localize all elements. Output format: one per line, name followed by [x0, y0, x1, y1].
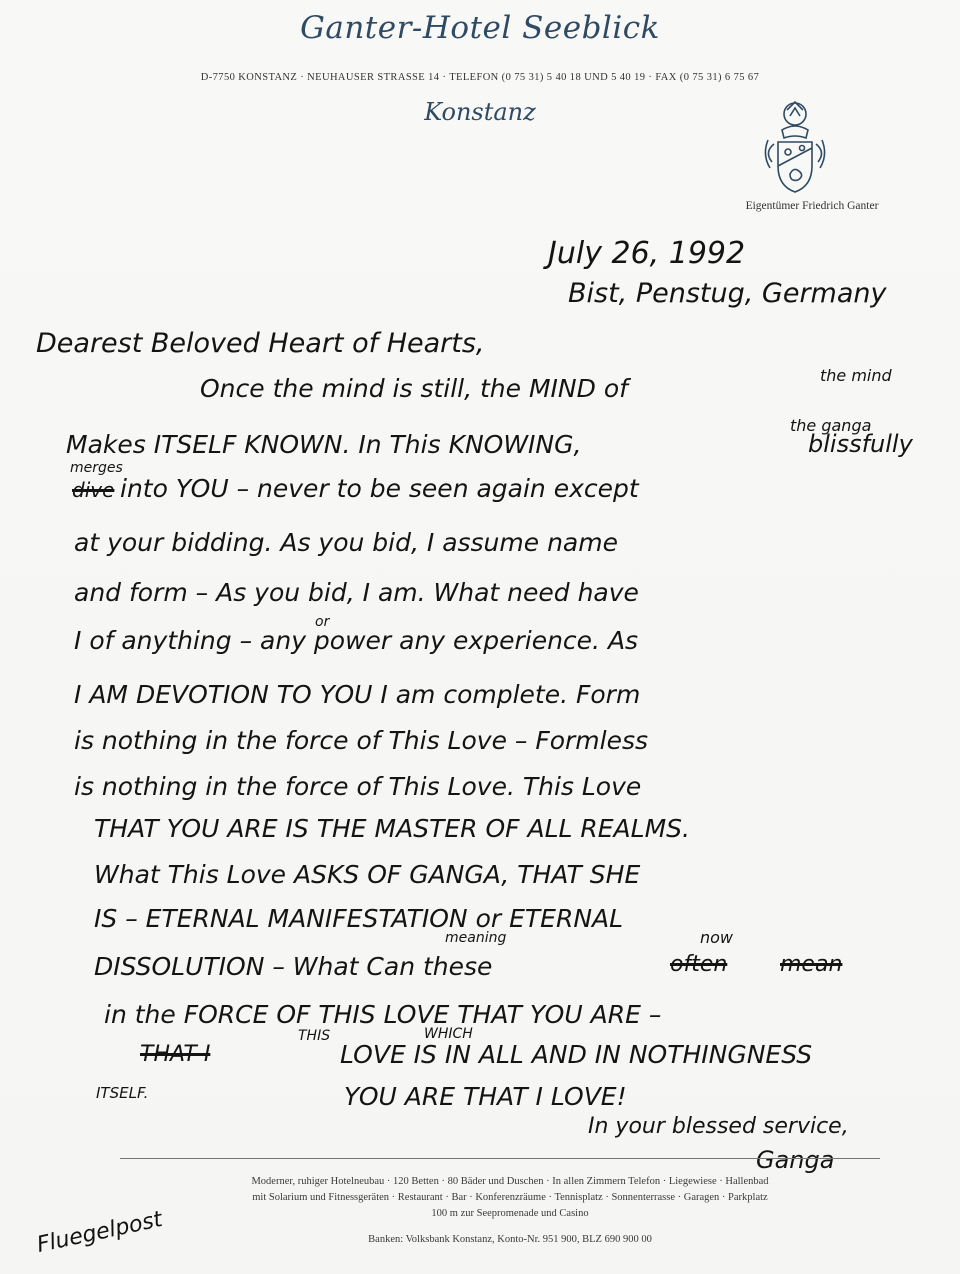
body-line-8: is nothing in the force of This Love – F…: [74, 726, 648, 755]
insert-merges: merges: [70, 460, 123, 476]
letter-place: Bist, Penstug, Germany: [568, 278, 887, 309]
footer-line-1: Moderner, ruhiger Hotelneubau · 120 Bett…: [120, 1176, 900, 1187]
coat-of-arms-icon: [760, 100, 830, 195]
body-line-1: Once the mind is still, the MIND of: [200, 374, 628, 403]
insert-meaning: meaning: [445, 930, 506, 946]
insert-now: now: [700, 928, 733, 947]
struck-often: often: [670, 952, 727, 977]
body-line-10: THAT YOU ARE IS THE MASTER OF ALL REALMS…: [94, 814, 690, 843]
owner-line: Eigentümer Friedrich Ganter: [712, 200, 912, 212]
letter-page: Ganter-Hotel Seeblick D-7750 KONSTANZ · …: [0, 0, 960, 1274]
body-line-11: What This Love ASKS OF GANGA, THAT SHE: [94, 860, 640, 889]
body-line-17: YOU ARE THAT I LOVE!: [344, 1082, 627, 1111]
greeting: Dearest Beloved Heart of Hearts,: [36, 328, 485, 359]
body-line-9: is nothing in the force of This Love. Th…: [74, 772, 641, 801]
footer-line-2: mit Solarium und Fitnessgeräten · Restau…: [120, 1192, 900, 1203]
body-line-13: DISSOLUTION – What Can these: [94, 952, 492, 981]
insert-the-mind: the mind: [820, 366, 892, 385]
signature: Ganga: [756, 1146, 834, 1174]
struck-that-i: THAT I: [140, 1042, 210, 1067]
closing: In your blessed service,: [588, 1114, 849, 1139]
insert-this: THIS: [298, 1028, 330, 1044]
body-line-12: IS – ETERNAL MANIFESTATION or ETERNAL: [94, 904, 623, 933]
body-line-6: I of anything – any power any experience…: [74, 626, 638, 655]
insert-blissfully: blissfully: [808, 430, 913, 458]
body-line-3: into YOU – never to be seen again except: [120, 474, 639, 503]
airmail-annotation: Fluegelpost: [35, 1207, 165, 1258]
struck-dive: dive: [72, 478, 114, 502]
struck-mean: mean: [780, 952, 842, 977]
body-line-5: and form – As you bid, I am. What need h…: [74, 578, 639, 607]
footer-divider: [120, 1158, 880, 1159]
footer-line-3: 100 m zur Seepromenade und Casino: [120, 1208, 900, 1219]
body-line-4: at your bidding. As you bid, I assume na…: [74, 528, 618, 557]
hotel-name: Ganter-Hotel Seeblick: [0, 10, 960, 46]
body-line-2: Makes ITSELF KNOWN. In This KNOWING,: [66, 430, 581, 459]
body-line-15: LOVE IS IN ALL AND IN NOTHINGNESS: [340, 1040, 812, 1069]
body-line-14: in the FORCE OF THIS LOVE THAT YOU ARE –: [104, 1000, 661, 1029]
body-line-16: ITSELF.: [96, 1084, 148, 1102]
letter-date: July 26, 1992: [548, 236, 745, 271]
body-line-7: I AM DEVOTION TO YOU I am complete. Form: [74, 680, 640, 709]
hotel-address: D-7750 KONSTANZ · NEUHAUSER STRASSE 14 ·…: [0, 72, 960, 83]
footer-bank: Banken: Volksbank Konstanz, Konto-Nr. 95…: [120, 1234, 900, 1245]
